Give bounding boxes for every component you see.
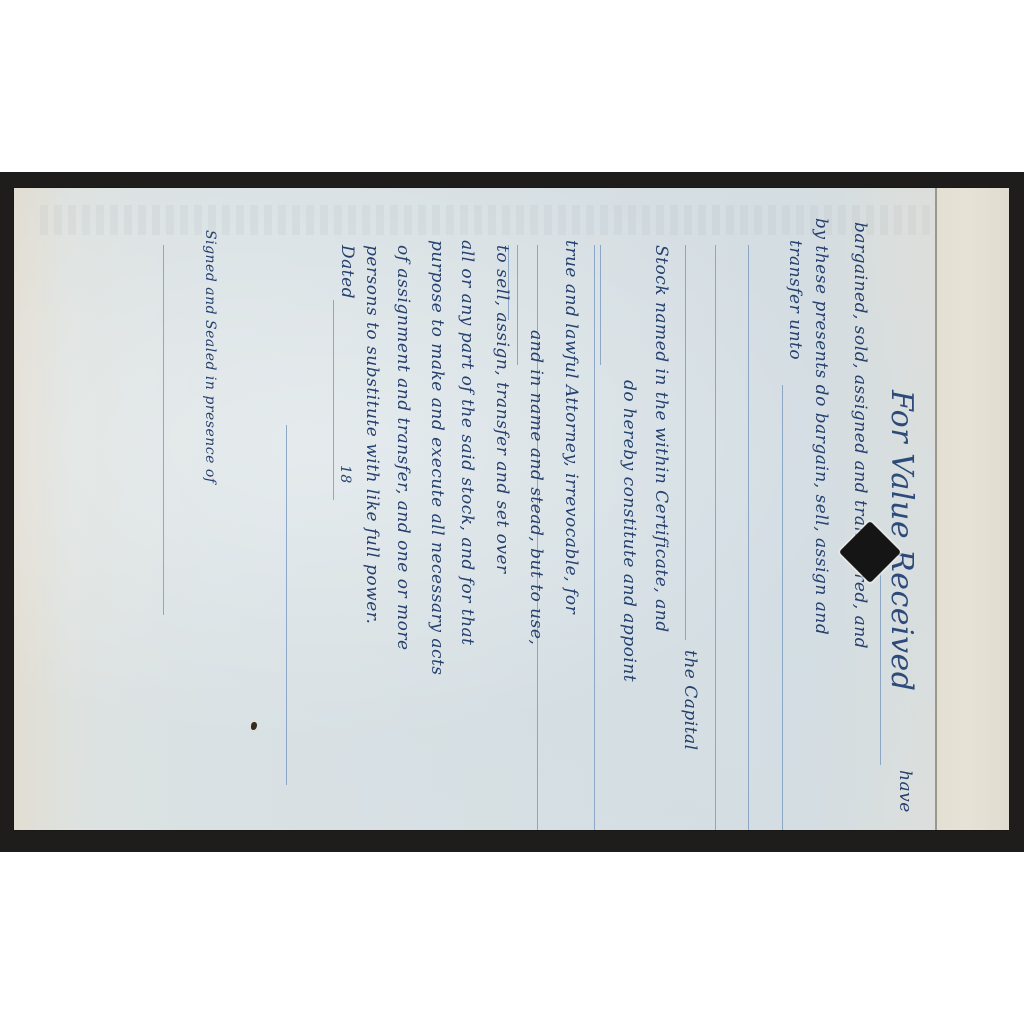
text-line-substitute: persons to substitute with like full pow… <box>363 245 380 624</box>
certificate-stub-fold <box>935 188 1009 830</box>
blank-line-share-count <box>715 245 716 830</box>
blank-line-assignee <box>782 385 783 830</box>
blank-line-share-count-2 <box>685 245 686 640</box>
text-line-to-sell: to sell, assign, transfer and set over <box>493 245 510 574</box>
text-dated-label: Dated <box>338 245 355 299</box>
text-have: have <box>896 770 913 813</box>
blank-line-assignee-2 <box>748 245 749 830</box>
text-line-constitute-appoint: do hereby constitute and appoint <box>620 380 637 682</box>
text-line-assignment-transfer: of assignment and transfer, and one or m… <box>394 245 411 651</box>
text-year-prefix: 18 <box>338 465 352 484</box>
text-line-attorney: true and lawful Attorney, irrevocable, f… <box>562 240 579 614</box>
text-line-stock-named: Stock named in the within Certificate, a… <box>652 245 669 633</box>
blank-line-attorney <box>600 245 601 365</box>
text-line-said-stock: all or any part of the said stock, and f… <box>458 240 475 646</box>
text-the-capital: the Capital <box>681 650 698 751</box>
blank-line-signature <box>286 425 287 785</box>
blank-line-attorney-2 <box>594 245 595 830</box>
text-line-transfer-unto: transfer unto <box>786 240 803 360</box>
blank-line-date <box>333 300 334 500</box>
show-through-ghost-text <box>40 205 930 235</box>
text-line-name-and-stead: and in name and stead, but to use, <box>527 330 544 645</box>
blank-line-for <box>517 245 518 365</box>
text-witness-label: Signed and Sealed in presence of <box>203 230 217 483</box>
blank-line-witness <box>163 245 164 615</box>
text-line-purpose: purpose to make and execute all necessar… <box>428 240 445 676</box>
blank-line-assignor <box>880 565 881 765</box>
text-line-bargained: bargained, sold, assigned and transferre… <box>851 222 868 649</box>
text-line-by-these-presents: by these presents do bargain, sell, assi… <box>812 218 829 635</box>
